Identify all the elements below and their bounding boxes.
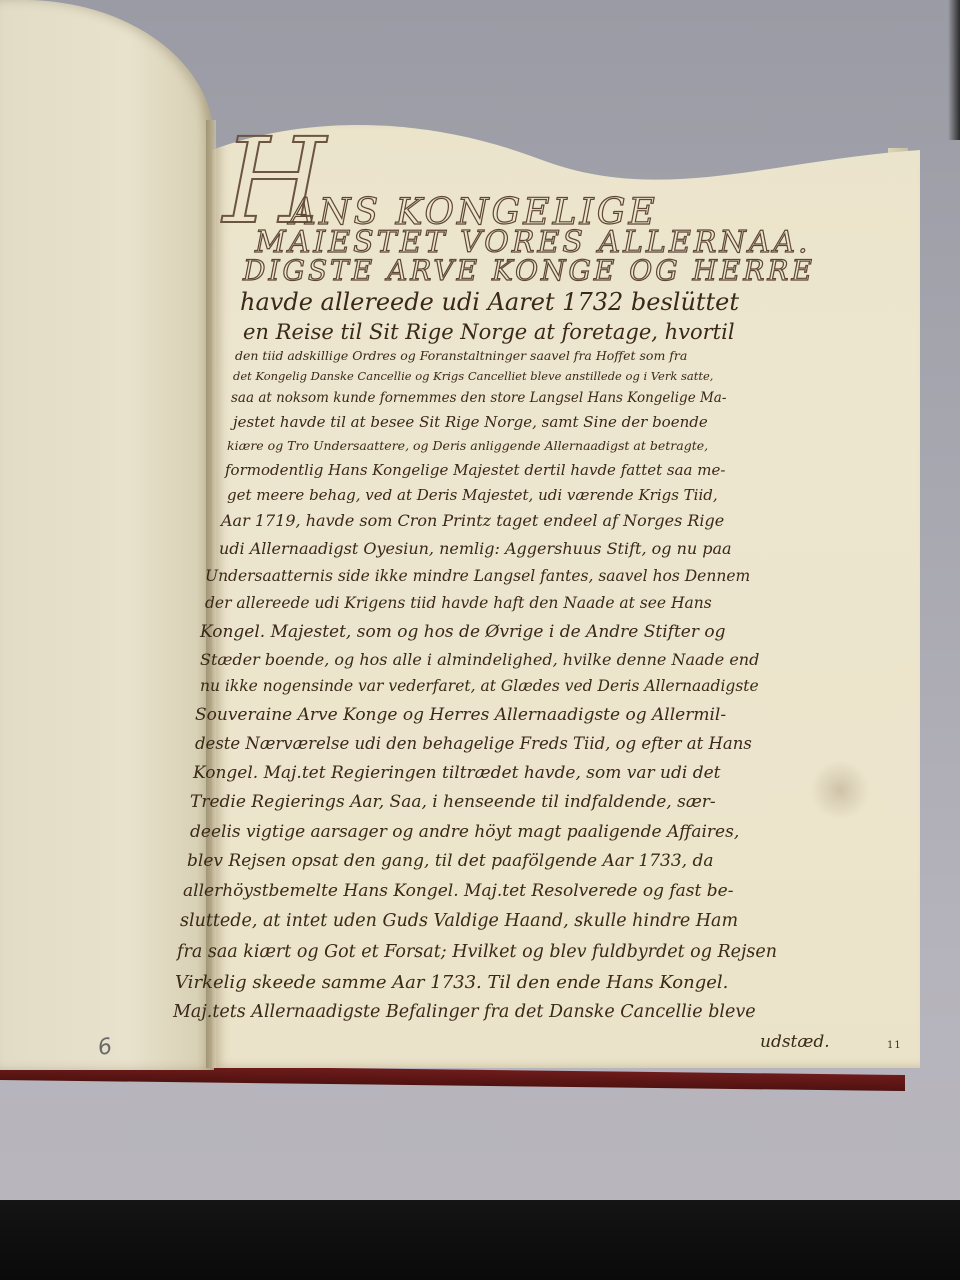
text-line: havde allereede udi Aaret 1732 beslüttet xyxy=(240,288,739,316)
text-line: blev Rejsen opsat den gang, til det paaf… xyxy=(187,851,714,871)
heading-line-3: DIGSTE ARVE KONGE OG HERRE xyxy=(243,254,815,287)
text-line: allerhöystbemelte Hans Kongel. Maj.tet R… xyxy=(183,881,733,901)
text-line: udi Allernaadigst Oyesiun, nemlig: Agger… xyxy=(219,539,732,558)
text-line: Souveraine Arve Konge og Herres Allernaa… xyxy=(195,705,726,725)
text-line: fra saa kiært og Got et Forsat; Hvilket … xyxy=(177,942,777,962)
text-line: Kongel. Majestet, som og hos de Øvrige i… xyxy=(200,622,726,642)
text-line: Undersaatternis side ikke mindre Langsel… xyxy=(205,567,750,585)
text-line: saa at noksom kunde fornemmes den store … xyxy=(231,390,726,406)
text-line: en Reise til Sit Rige Norge at foretage,… xyxy=(243,320,735,344)
text-line: deelis vigtige aarsager og andre höyt ma… xyxy=(190,822,739,842)
text-line: der allereede udi Krigens tiid havde haf… xyxy=(205,594,712,612)
text-line: jestet havde til at besee Sit Rige Norge… xyxy=(233,413,708,431)
background-shadow xyxy=(948,0,960,140)
text-line: kiære og Tro Undersaattere, og Deris anl… xyxy=(227,438,708,453)
text-line: sluttede, at intet uden Guds Valdige Haa… xyxy=(180,911,738,931)
text-line: det Kongelig Danske Cancellie og Krigs C… xyxy=(233,369,713,383)
dark-floor xyxy=(0,1200,960,1280)
text-line: deste Nærværelse udi den behagelige Fred… xyxy=(195,734,752,753)
text-line: Aar 1719, havde som Cron Printz taget en… xyxy=(221,511,724,530)
text-line: Kongel. Maj.tet Regieringen tiltrædet ha… xyxy=(193,763,720,783)
text-line: Maj.tets Allernaadigste Befalinger fra d… xyxy=(173,1002,756,1022)
manuscript-text: H ANS KONGELIGE MAIESTET VORES ALLERNAA.… xyxy=(205,120,825,1060)
left-page-blank xyxy=(0,0,214,1070)
text-line: den tiid adskillige Ordres og Foranstalt… xyxy=(235,348,687,363)
text-line: Tredie Regierings Aar, Saa, i henseende … xyxy=(190,792,716,812)
text-line: get meere behag, ved at Deris Majestet, … xyxy=(227,486,718,504)
text-line-closing: udstæd. xyxy=(760,1032,830,1052)
text-line: formodentlig Hans Kongelige Majestet der… xyxy=(225,461,725,479)
page-number: 11 xyxy=(887,1040,902,1051)
text-line: Stæder boende, og hos alle i almindeligh… xyxy=(200,650,759,669)
text-line: nu ikke nogensinde var vederfaret, at Gl… xyxy=(200,677,759,695)
text-line: Virkelig skeede samme Aar 1733. Til den … xyxy=(175,972,728,993)
